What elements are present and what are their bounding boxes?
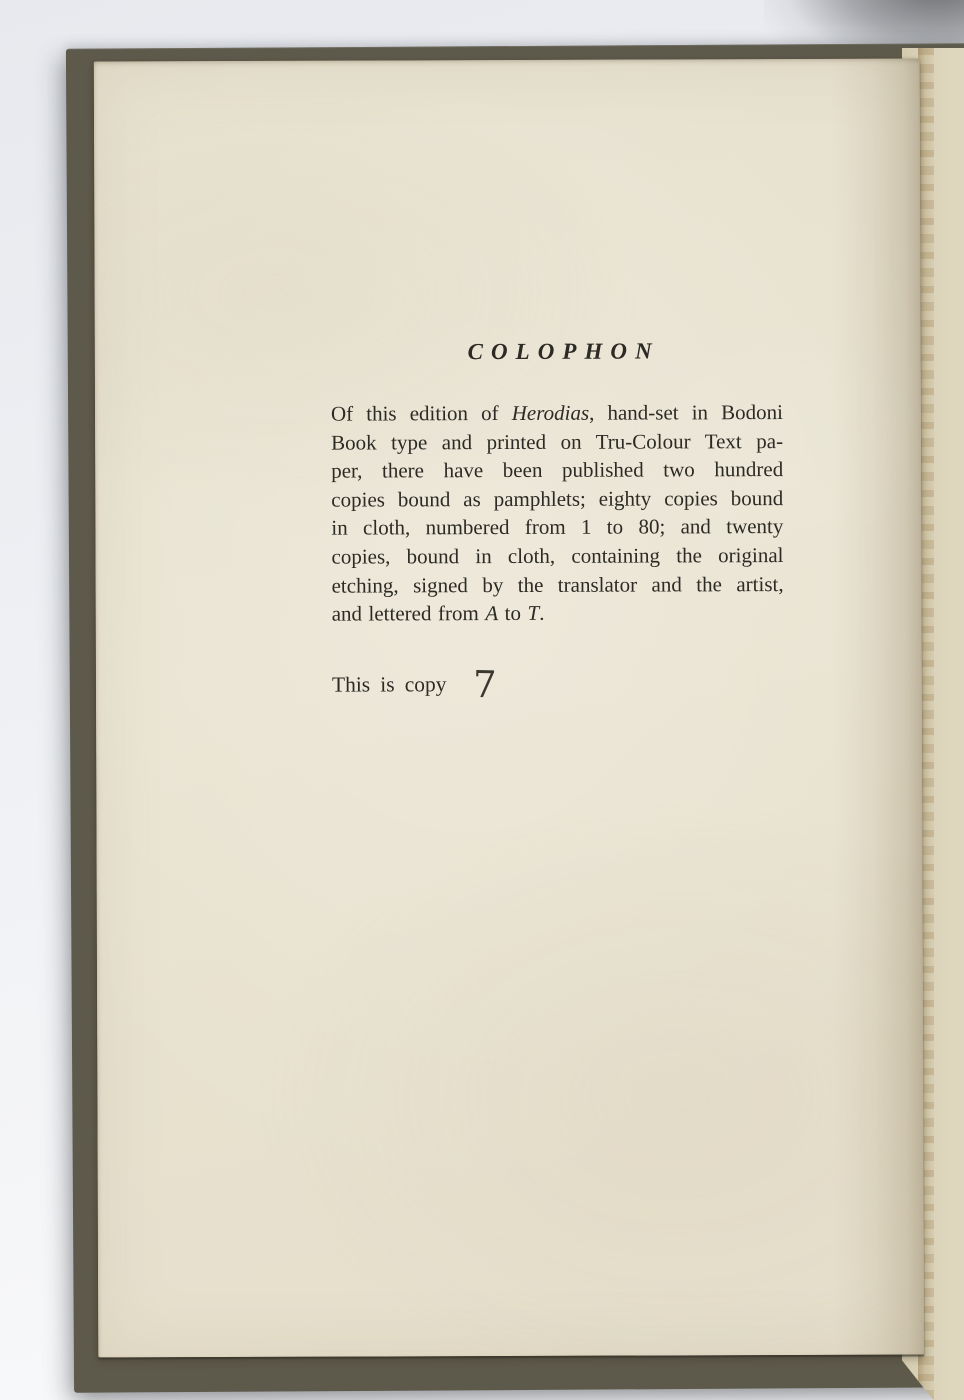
body-line: copies bound as pamphlets; eighty copies… xyxy=(331,484,783,514)
body-line: per, there have been published two hundr… xyxy=(331,455,783,485)
body-line: Of this edition of Herodias, hand-set in… xyxy=(331,398,783,428)
colophon-page: COLOPHON Of this edition of Herodias, ha… xyxy=(94,59,925,1358)
page-content: COLOPHON Of this edition of Herodias, ha… xyxy=(94,59,925,1358)
copy-number-handwritten: 7 xyxy=(472,666,496,704)
body-line: copies, bound in cloth, containing the o… xyxy=(331,541,783,571)
body-line: etching, signed by the translator and th… xyxy=(332,570,784,600)
copy-label: This is copy xyxy=(332,672,447,696)
book-photograph: COLOPHON Of this edition of Herodias, ha… xyxy=(0,0,964,1400)
copy-statement: This is copy7 xyxy=(332,660,496,699)
colophon-paragraph: Of this edition of Herodias, hand-set in… xyxy=(331,398,784,628)
body-line: in cloth, numbered from 1 to 80; and twe… xyxy=(331,512,783,542)
body-line: and lettered from A to T. xyxy=(332,598,784,628)
body-line: Book type and printed on Tru-Colour Text… xyxy=(331,427,783,457)
page-title: COLOPHON xyxy=(331,337,790,367)
